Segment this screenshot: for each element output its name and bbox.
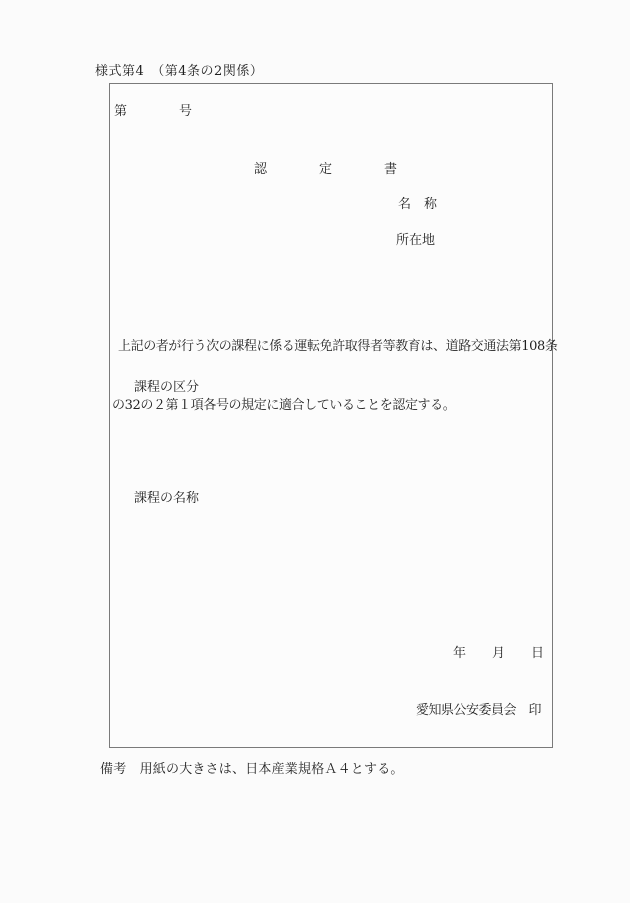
- name-label: 名 称: [398, 197, 437, 213]
- course-name-label: 課程の名称: [134, 491, 199, 507]
- document-number-line: 第 号: [114, 104, 192, 120]
- address-label: 所在地: [396, 233, 435, 249]
- remarks-note: 備考 用紙の大きさは、日本産業規格Ａ４とする。: [100, 758, 404, 777]
- issuer-seal-line: 愛知県公安委員会 印: [416, 703, 541, 719]
- certification-statement: 上記の者が行う次の課程に係る運転免許取得者等教育は、道路交通法第108条 の32…: [112, 300, 552, 452]
- course-category-label: 課程の区分: [134, 380, 199, 396]
- certification-statement-line-1: 上記の者が行う次の課程に係る運転免許取得者等教育は、道路交通法第108条: [112, 333, 552, 360]
- certificate-frame: 第 号 認 定 書 名 称 所在地 上記の者が行う次の課程に係る運転免許取得者等…: [109, 83, 553, 748]
- date-line: 年 月 日: [453, 646, 544, 662]
- document-page: 様式第4 （第4条の2関係） 第 号 認 定 書 名 称 所在地 上記の者が行う…: [0, 0, 630, 903]
- document-title: 認 定 書: [254, 162, 397, 178]
- form-number-label: 様式第4 （第4条の2関係）: [95, 60, 263, 79]
